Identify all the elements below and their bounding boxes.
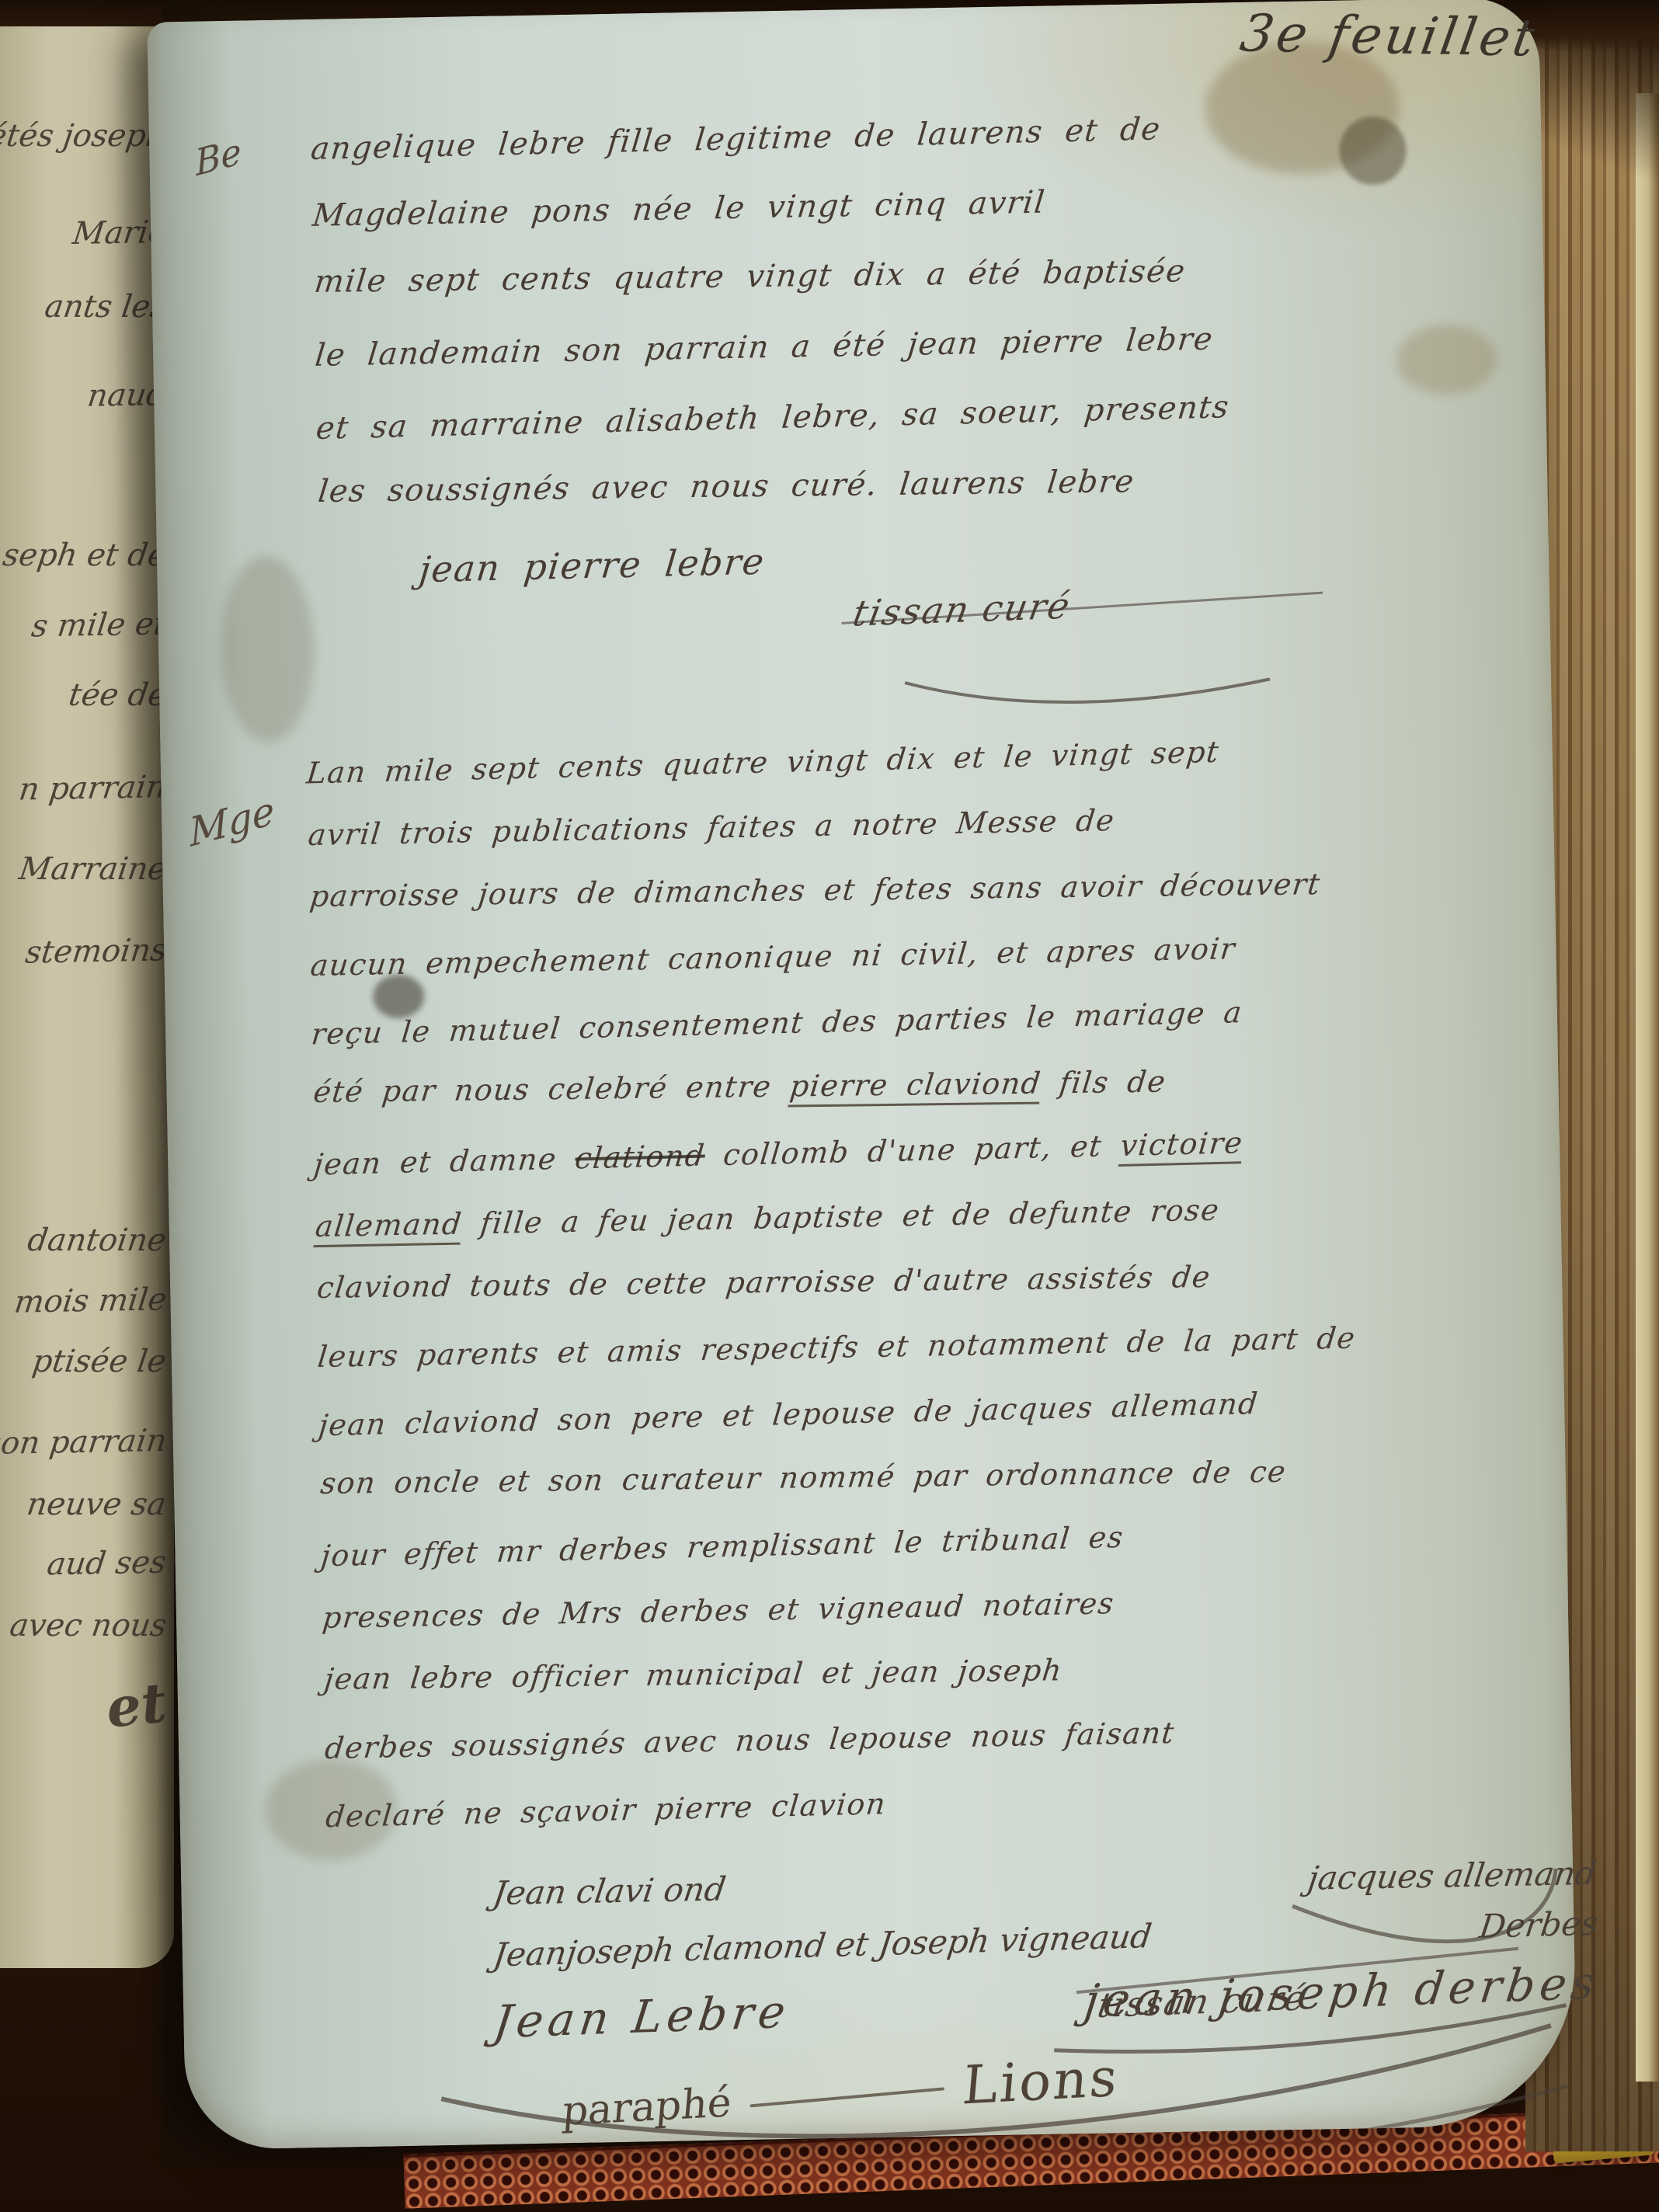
paraphe-dash-stroke (750, 2087, 944, 2107)
signature-left: Jean Lebre (489, 1985, 793, 2063)
facing-page-text-fragment: mois mile (12, 1282, 169, 1320)
paraphe-signature: Lions (960, 2047, 1122, 2116)
baptism-record: angelique lebre fille legitime de lauren… (309, 106, 1545, 617)
facing-page-fragment: étés josephMarieants lesnaudseph et des … (0, 26, 174, 1968)
signature-block: Jean clavi ondjacques allemandJeanjoseph… (492, 1854, 1598, 2053)
struck-out-text: clationd (573, 1138, 707, 1175)
facing-page-text-fragment: étés joseph (0, 118, 169, 154)
margin-annotation-mariage: Mge (187, 788, 276, 856)
facing-page-text-fragment: ptisée le (30, 1344, 169, 1379)
folio-number: 3e feuillet (1236, 3, 1542, 68)
register-page: 3e feuillet Be Mge angelique lebre fille… (147, 0, 1577, 2150)
underlined-text: allemand (313, 1207, 464, 1248)
signature-right: Derbes (1475, 1904, 1600, 1963)
underlined-text: pierre claviond (788, 1066, 1043, 1107)
page-stack-outer-edge (1636, 93, 1659, 2082)
facing-page-text-fragment: seph et de (1, 537, 169, 573)
facing-page-text-fragment: neuve sa (25, 1487, 169, 1522)
facing-page-text-fragment: tée de (66, 677, 169, 713)
facing-page-text-fragment: dantoine (26, 1223, 169, 1258)
manuscript-photo: { "header": { "folio_label": "3e feuille… (0, 0, 1659, 2212)
paraphe-line: paraphé Lions (560, 2047, 1122, 2138)
signature-left: Jean clavi ond (489, 1869, 729, 1930)
facing-page-text-fragment: s mile et (30, 606, 169, 644)
margin-annotation-bapteme: Be (193, 130, 243, 184)
cure-signature: tissan curé (850, 585, 1074, 635)
facing-page-text-fragment: Marraine (17, 851, 169, 887)
facing-page-text-fragment: et (103, 1670, 169, 1741)
paper-stain (219, 555, 315, 743)
cure-signature: tissan curé (1094, 1978, 1309, 2026)
facing-page-text-fragment: n parrain (17, 769, 169, 807)
facing-page-text-fragment: ants les (43, 289, 169, 325)
marriage-record: Lan mile sept cents quatre vingt dix et … (305, 729, 1615, 1862)
paraphe-label: paraphé (561, 2079, 734, 2135)
underlined-text: victoire (1118, 1125, 1245, 1167)
facing-page-text-fragment: stemoins (23, 932, 169, 970)
facing-page-text-fragment: aud ses (45, 1545, 169, 1583)
facing-page-text-fragment: avec nous (7, 1608, 169, 1643)
facing-page-text-fragment: son parrain (0, 1423, 169, 1462)
